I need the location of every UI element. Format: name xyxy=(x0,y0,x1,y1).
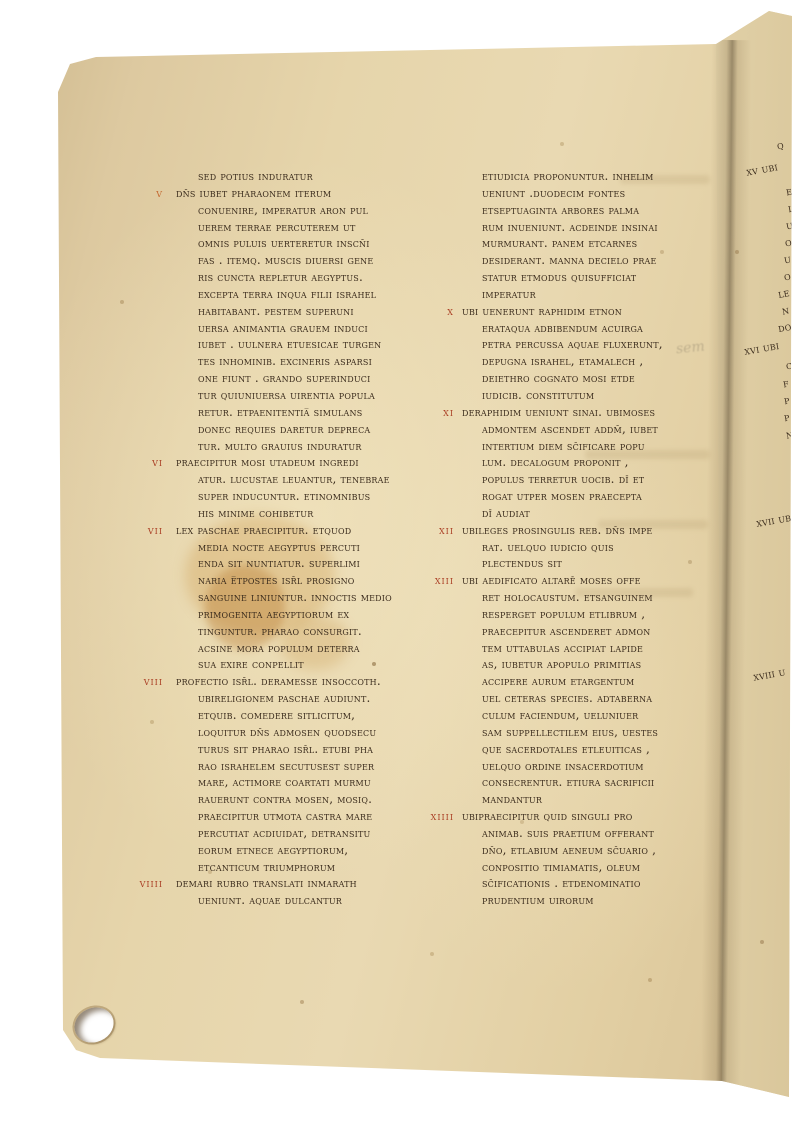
text-line: accipere aurum etargentum xyxy=(462,673,742,690)
text-line: sam suppellectilem eius, uestes xyxy=(462,724,742,741)
text-line: petra percussa aquae fluxerunt, xyxy=(462,336,742,353)
text-line: statur etmodus quisufficiat xyxy=(462,269,742,286)
text-line: omnis puluis uerteretur inscn̄i xyxy=(176,235,476,252)
text-line: xiiubileges prosingulis reb. dn̄s impe xyxy=(462,522,742,539)
chapter-numeral: xiii xyxy=(435,572,454,589)
text-line: depugna israhel, etamalech , xyxy=(462,353,742,370)
fore-edge-fragment: c xyxy=(785,359,793,373)
text-line: tinguntur. pharao consurgit. xyxy=(176,623,476,640)
text-line: tem uttabulas accipiat lapide xyxy=(462,640,742,657)
chapter-numeral: vii xyxy=(148,522,163,539)
text-line: atur. lucustae leuantur, tenebrae xyxy=(176,471,476,488)
text-line: praecepitur ascenderet admon xyxy=(462,623,742,640)
text-line: as, iubetur apopulo primitias xyxy=(462,656,742,673)
chapter-numeral: viii xyxy=(144,673,163,690)
text-line: mandantur xyxy=(462,791,742,808)
text-line: imperatur xyxy=(462,286,742,303)
text-line: naria e̅tpostes isr̄l prosigno xyxy=(176,572,476,589)
text-line: one fiunt . grando superinduci xyxy=(176,370,476,387)
text-line: sed potius induratur xyxy=(176,168,476,185)
text-line: viilex paschae praecipitur. etquod xyxy=(176,522,476,539)
chapter-entry: xiiiubi aedificato altarē moses offeret … xyxy=(462,572,742,808)
text-line: his minime cohibetur xyxy=(176,505,476,522)
text-line: dn̄o, etlabium aeneum sc̄uario , xyxy=(462,842,742,859)
chapter-entry: sed potius induratur xyxy=(176,168,476,185)
text-line: populus terretur uocib. dī et xyxy=(462,471,742,488)
text-line: xideraphidim ueniunt sinai. ubimoses xyxy=(462,404,742,421)
text-line: eorum etnece aegyptiorum, xyxy=(176,842,476,859)
chapter-numeral: viiii xyxy=(140,875,163,892)
left-text-column: sed potius induraturvdn̄s iubet pharaone… xyxy=(176,168,476,909)
chapter-entry: vdn̄s iubet pharaonem iterumconuenire, i… xyxy=(176,185,476,455)
text-line: enda sit nuntiatur. superlimi xyxy=(176,555,476,572)
text-line: admontem ascendet addm̄, iubet xyxy=(462,421,742,438)
text-line: sc̄ificationis . etdenominatio xyxy=(462,875,742,892)
text-line: resperget populum etlibrum , xyxy=(462,606,742,623)
text-line: uelquo ordine insacerdotium xyxy=(462,758,742,775)
text-line: ueniunt. aquae dulcantur xyxy=(176,892,476,909)
chapter-entry: viiiidemari rubro translati inmarathueni… xyxy=(176,875,476,909)
text-line: dī audiat xyxy=(462,505,742,522)
text-line: deiethro cognato mosi etde xyxy=(462,370,742,387)
text-line: sua exire conpellit xyxy=(176,656,476,673)
chapter-entry: vipraecipitur mosi utadeum ingrediatur. … xyxy=(176,454,476,521)
text-line: iudicib. constitutum xyxy=(462,387,742,404)
fore-edge-fragment: o xyxy=(784,236,793,250)
text-line: percutiat acdiuidat, detransitu xyxy=(176,825,476,842)
manuscript-photo: sem sed potius induraturvdn̄s iubet phar… xyxy=(0,0,800,1127)
text-line: media nocte aegyptus percuti xyxy=(176,539,476,556)
text-line: loquitur dn̄s admosen quodsecu xyxy=(176,724,476,741)
text-line: uersa animantia grauem induci xyxy=(176,320,476,337)
text-line: etcanticum triumphorum xyxy=(176,859,476,876)
fore-edge-fragment: u xyxy=(785,218,794,232)
text-line: mare, actimore coartati murmu xyxy=(176,774,476,791)
chapter-numeral: x xyxy=(447,303,454,320)
text-line: culum faciendum, ueluniuer xyxy=(462,707,742,724)
parchment-leaf: sem sed potius induraturvdn̄s iubet phar… xyxy=(0,0,800,1127)
chapter-numeral: vi xyxy=(152,454,163,471)
text-line: fas . itemq. muscis diuersi gene xyxy=(176,252,476,269)
chapter-entry: xubi uenerunt raphidim etnonerataqua adb… xyxy=(462,303,742,404)
text-line: etquib. comedere sitlicitum, xyxy=(176,707,476,724)
text-line: ueniunt .duodecim fontes xyxy=(462,185,742,202)
text-line: conuenire, imperatur aron pul xyxy=(176,202,476,219)
text-line: ubireligionem paschae audiunt. xyxy=(176,690,476,707)
chapter-entry: viiiprofectio isr̄l. deramesse insoccoth… xyxy=(176,673,476,875)
right-text-column: etiudicia proponuntur. inhelimueniunt .d… xyxy=(462,168,742,909)
text-line: plectendus sit xyxy=(462,555,742,572)
text-line: lum. decalogum proponit , xyxy=(462,454,742,471)
text-line: donec requies daretur depreca xyxy=(176,421,476,438)
text-line: rum inueniunt. acdeinde insinai xyxy=(462,219,742,236)
text-line: rogat utper mosen praecepta xyxy=(462,488,742,505)
text-line: habitabant. pestem superuni xyxy=(176,303,476,320)
text-line: que sacerdotales etleuiticas , xyxy=(462,741,742,758)
text-line: etseptuaginta arbores palma xyxy=(462,202,742,219)
text-line: iubet . uulnera etuesicae turgen xyxy=(176,336,476,353)
chapter-numeral: xii xyxy=(439,522,454,539)
text-line: viiiprofectio isr̄l. deramesse insoccoth… xyxy=(176,673,476,690)
parchment-freckles xyxy=(0,0,4,4)
text-line: tur quiuniuersa uirentia popula xyxy=(176,387,476,404)
text-line: desiderant. manna decielo prae xyxy=(462,252,742,269)
text-line: ret holocaustum. etsanguinem xyxy=(462,589,742,606)
chapter-numeral: xi xyxy=(443,404,454,421)
fore-edge-fragment: le xyxy=(777,286,791,301)
chapter-numeral: xiiii xyxy=(431,808,454,825)
chapter-entry: etiudicia proponuntur. inhelimueniunt .d… xyxy=(462,168,742,303)
text-line: intertium diem sc̄ificare popu xyxy=(462,438,742,455)
text-line: rat. uelquo iudicio quis xyxy=(462,539,742,556)
text-line: primogenita aegyptiorum ex xyxy=(176,606,476,623)
text-line: rao israhelem secutusest super xyxy=(176,758,476,775)
text-line: rauerunt contra mosen, mosiq. xyxy=(176,791,476,808)
text-line: tes inhominib. excineris asparsi xyxy=(176,353,476,370)
chapter-entry: viilex paschae praecipitur. etquodmedia … xyxy=(176,522,476,674)
text-line: sanguine liniuntur. innoctis medio xyxy=(176,589,476,606)
text-line: excepta terra inqua filii israhel xyxy=(176,286,476,303)
text-line: etiudicia proponuntur. inhelim xyxy=(462,168,742,185)
text-line: retur. etpaenitentia̅ simulans xyxy=(176,404,476,421)
text-line: viiiidemari rubro translati inmarath xyxy=(176,875,476,892)
text-line: murmurant. panem etcarnes xyxy=(462,235,742,252)
text-line: uel ceteras species. adtaberna xyxy=(462,690,742,707)
text-line: vdn̄s iubet pharaonem iterum xyxy=(176,185,476,202)
text-line: xiiiubi aedificato altarē moses offe xyxy=(462,572,742,589)
text-line: erataqua adbibendum acuirga xyxy=(462,320,742,337)
text-line: vipraecipitur mosi utadeum ingredi xyxy=(176,454,476,471)
fore-edge-fragment: l xyxy=(787,202,795,216)
text-line: acsine mora populum deterra xyxy=(176,640,476,657)
fore-edge-fragment: n xyxy=(785,427,794,441)
text-line: super inducuntur. etinomnibus xyxy=(176,488,476,505)
fore-edge-fragment: e xyxy=(785,185,793,199)
text-line: uerem terrae percuterem ut xyxy=(176,219,476,236)
text-line: tur. multo grauius induratur xyxy=(176,438,476,455)
text-line: ris cuncta repletur aegyptus. xyxy=(176,269,476,286)
fore-edge-fragment: do xyxy=(777,320,792,335)
text-line: conpositio timiamatis, oleum xyxy=(462,859,742,876)
chapter-numeral: v xyxy=(156,185,163,202)
chapter-entry: xiiiiubipraecipitur quid singuli proanim… xyxy=(462,808,742,909)
text-line: animab. suis praetium offerant xyxy=(462,825,742,842)
text-line: prudentium uirorum xyxy=(462,892,742,909)
chapter-entry: xideraphidim ueniunt sinai. ubimosesadmo… xyxy=(462,404,742,522)
text-line: xiiiiubipraecipitur quid singuli pro xyxy=(462,808,742,825)
text-line: turus sit pharao isr̄l. etubi pha xyxy=(176,741,476,758)
text-line: xubi uenerunt raphidim etnon xyxy=(462,303,742,320)
text-line: consecrentur. etiura sacrificii xyxy=(462,774,742,791)
chapter-entry: xiiubileges prosingulis reb. dn̄s impera… xyxy=(462,522,742,573)
